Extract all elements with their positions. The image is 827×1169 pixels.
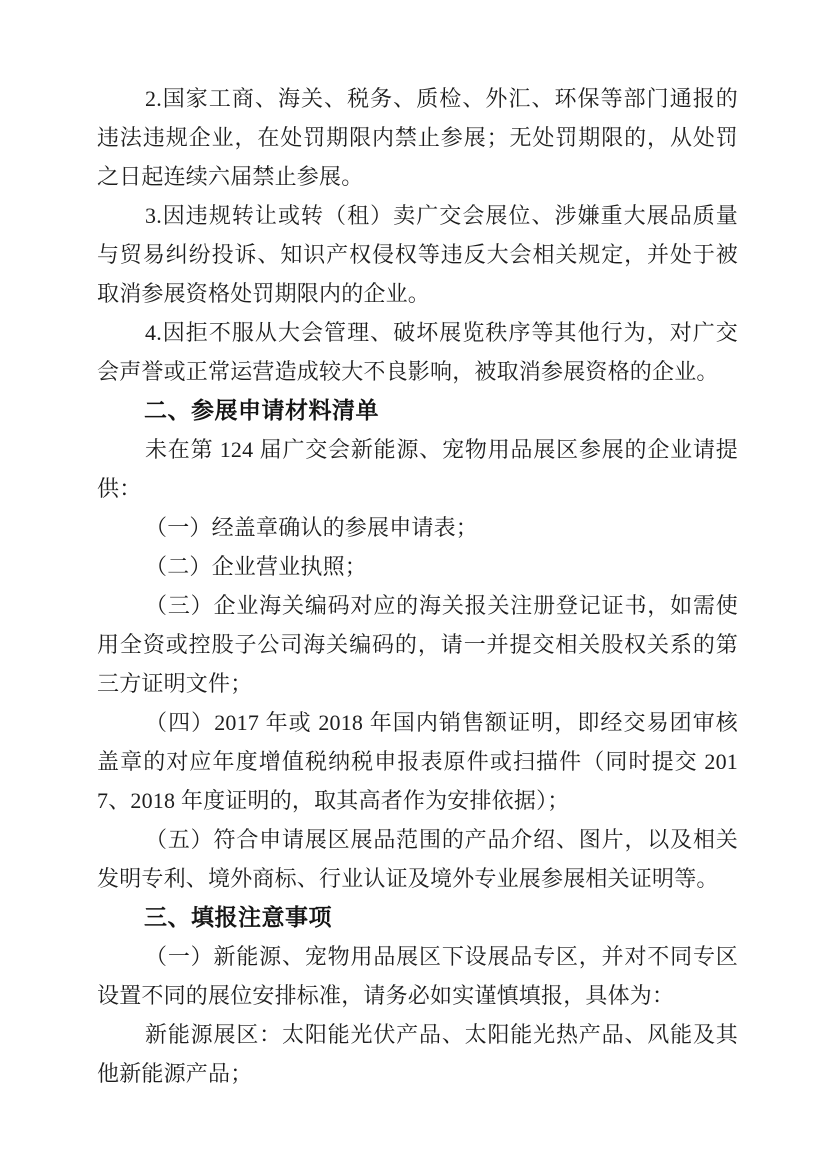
paragraph-material-2-business-license: （二）企业营业执照；	[97, 547, 738, 586]
paragraph-material-4-sales-proof: （四）2017 年或 2018 年国内销售额证明，即经交易团审核盖章的对应年度增…	[97, 703, 738, 820]
paragraph-material-3-customs-cert: （三）企业海关编码对应的海关报关注册登记证书，如需使用全资或控股子公司海关编码的…	[97, 586, 738, 703]
paragraph-material-5-product-proof: （五）符合申请展区展品范围的产品介绍、图片，以及相关发明专利、境外商标、行业认证…	[97, 820, 738, 898]
paragraph-materials-intro: 未在第 124 届广交会新能源、宠物用品展区参展的企业请提供：	[97, 430, 738, 508]
section-heading-filling-notes: 三、填报注意事项	[97, 898, 738, 937]
paragraph-item-3-booth-transfer: 3.因违规转让或转（租）卖广交会展位、涉嫌重大展品质量与贸易纠纷投诉、知识产权侵…	[97, 196, 738, 313]
paragraph-item-4-order-violation: 4.因拒不服从大会管理、破坏展览秩序等其他行为，对广交会声誉或正常运营造成较大不…	[97, 313, 738, 391]
document-text-block: 2.国家工商、海关、税务、质检、外汇、环保等部门通报的违法违规企业，在处罚期限内…	[97, 79, 738, 1093]
paragraph-item-2-banned-enterprises: 2.国家工商、海关、税务、质检、外汇、环保等部门通报的违法违规企业，在处罚期限内…	[97, 79, 738, 196]
paragraph-material-1-application-form: （一）经盖章确认的参展申请表；	[97, 508, 738, 547]
paragraph-note-1-product-zones: （一）新能源、宠物用品展区下设展品专区，并对不同专区设置不同的展位安排标准，请务…	[97, 937, 738, 1015]
section-heading-application-materials: 二、参展申请材料清单	[97, 391, 738, 430]
document-page: 2.国家工商、海关、税务、质检、外汇、环保等部门通报的违法违规企业，在处罚期限内…	[0, 0, 827, 1169]
paragraph-new-energy-zone-scope: 新能源展区：太阳能光伏产品、太阳能光热产品、风能及其他新能源产品；	[97, 1015, 738, 1093]
